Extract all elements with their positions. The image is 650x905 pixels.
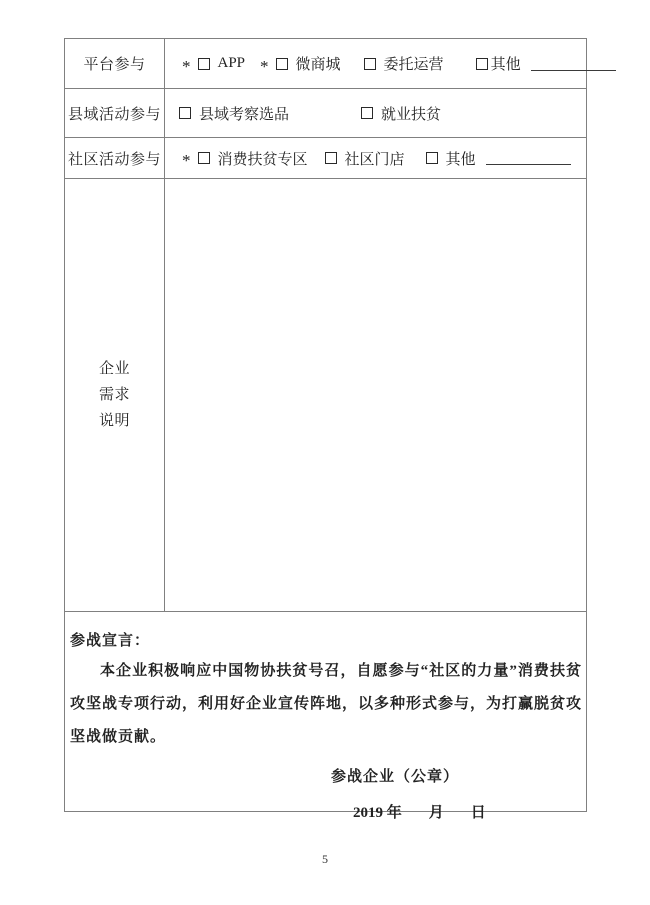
row-content-county: 县域考察选品 就业扶贫: [165, 89, 586, 137]
form-row-needs: 企业 需求 说明: [65, 179, 586, 612]
required-asterisk: *: [182, 57, 191, 77]
form-row-community: 社区活动参与 * 消费扶贫专区 社区门店 其他: [65, 138, 586, 179]
option-other-community[interactable]: 其他: [426, 148, 571, 169]
row-content-community: * 消费扶贫专区 社区门店 其他: [165, 138, 586, 178]
declaration-section: 参战宣言： 本企业积极响应中国物协扶贫号召，自愿参与“社区的力量”消费扶贫攻坚战…: [65, 612, 586, 822]
form-row-county: 县域活动参与 县域考察选品 就业扶贫: [65, 89, 586, 138]
declaration-title: 参战宣言：: [70, 629, 582, 650]
row-label-needs-line: 需求: [99, 382, 130, 408]
option-county-inspection[interactable]: 县域考察选品: [179, 103, 289, 124]
participation-form-table: 平台参与 * APP * 微商城 委托运营 其他: [64, 38, 587, 812]
checkbox-icon[interactable]: [476, 58, 488, 70]
required-asterisk: *: [182, 151, 191, 171]
row-content-platform: * APP * 微商城 委托运营 其他: [165, 39, 616, 88]
option-label: 其他: [491, 53, 521, 74]
option-label: 委托运营: [384, 53, 444, 74]
fill-in-line[interactable]: [531, 57, 616, 71]
signature-line: 参战企业（公章）: [331, 765, 582, 786]
option-label: 消费扶贫专区: [218, 148, 308, 169]
checkbox-icon[interactable]: [198, 58, 210, 70]
date-day: 日: [471, 801, 486, 822]
row-label-needs-line: 说明: [99, 408, 130, 434]
checkbox-icon[interactable]: [276, 58, 288, 70]
date-line: 2019 年 月 日: [353, 801, 582, 822]
option-other-platform[interactable]: 其他: [476, 53, 616, 74]
checkbox-icon[interactable]: [426, 152, 438, 164]
option-label: 社区门店: [345, 148, 405, 169]
document-page: 平台参与 * APP * 微商城 委托运营 其他: [0, 0, 650, 905]
checkbox-icon[interactable]: [325, 152, 337, 164]
row-label-needs: 企业 需求 说明: [65, 179, 165, 611]
option-label: 其他: [446, 148, 476, 169]
fill-in-line[interactable]: [486, 151, 571, 165]
option-employment-relief[interactable]: 就业扶贫: [361, 103, 441, 124]
row-label-community: 社区活动参与: [65, 138, 165, 178]
form-row-platform: 平台参与 * APP * 微商城 委托运营 其他: [65, 39, 586, 89]
option-label: 就业扶贫: [381, 103, 441, 124]
row-label-county: 县域活动参与: [65, 89, 165, 137]
option-label: 县域考察选品: [199, 103, 289, 124]
date-month: 月: [429, 801, 444, 822]
option-community-store[interactable]: 社区门店: [325, 148, 405, 169]
row-label-platform: 平台参与: [65, 39, 165, 88]
option-app[interactable]: * APP: [182, 54, 245, 74]
checkbox-icon[interactable]: [198, 152, 210, 164]
option-relief-zone[interactable]: * 消费扶贫专区: [182, 148, 308, 169]
requirements-input-area[interactable]: [165, 179, 586, 611]
declaration-body: 本企业积极响应中国物协扶贫号召，自愿参与“社区的力量”消费扶贫攻坚战专项行动，利…: [70, 655, 582, 754]
row-label-needs-line: 企业: [99, 356, 130, 382]
option-label: APP: [218, 55, 246, 72]
checkbox-icon[interactable]: [179, 107, 191, 119]
option-entrusted-operation[interactable]: 委托运营: [364, 53, 444, 74]
checkbox-icon[interactable]: [364, 58, 376, 70]
date-year: 2019 年: [353, 801, 402, 822]
required-asterisk: *: [260, 57, 269, 77]
page-number: 5: [0, 852, 650, 867]
checkbox-icon[interactable]: [361, 107, 373, 119]
option-micro-mall[interactable]: * 微商城: [260, 53, 341, 74]
option-label: 微商城: [296, 53, 341, 74]
